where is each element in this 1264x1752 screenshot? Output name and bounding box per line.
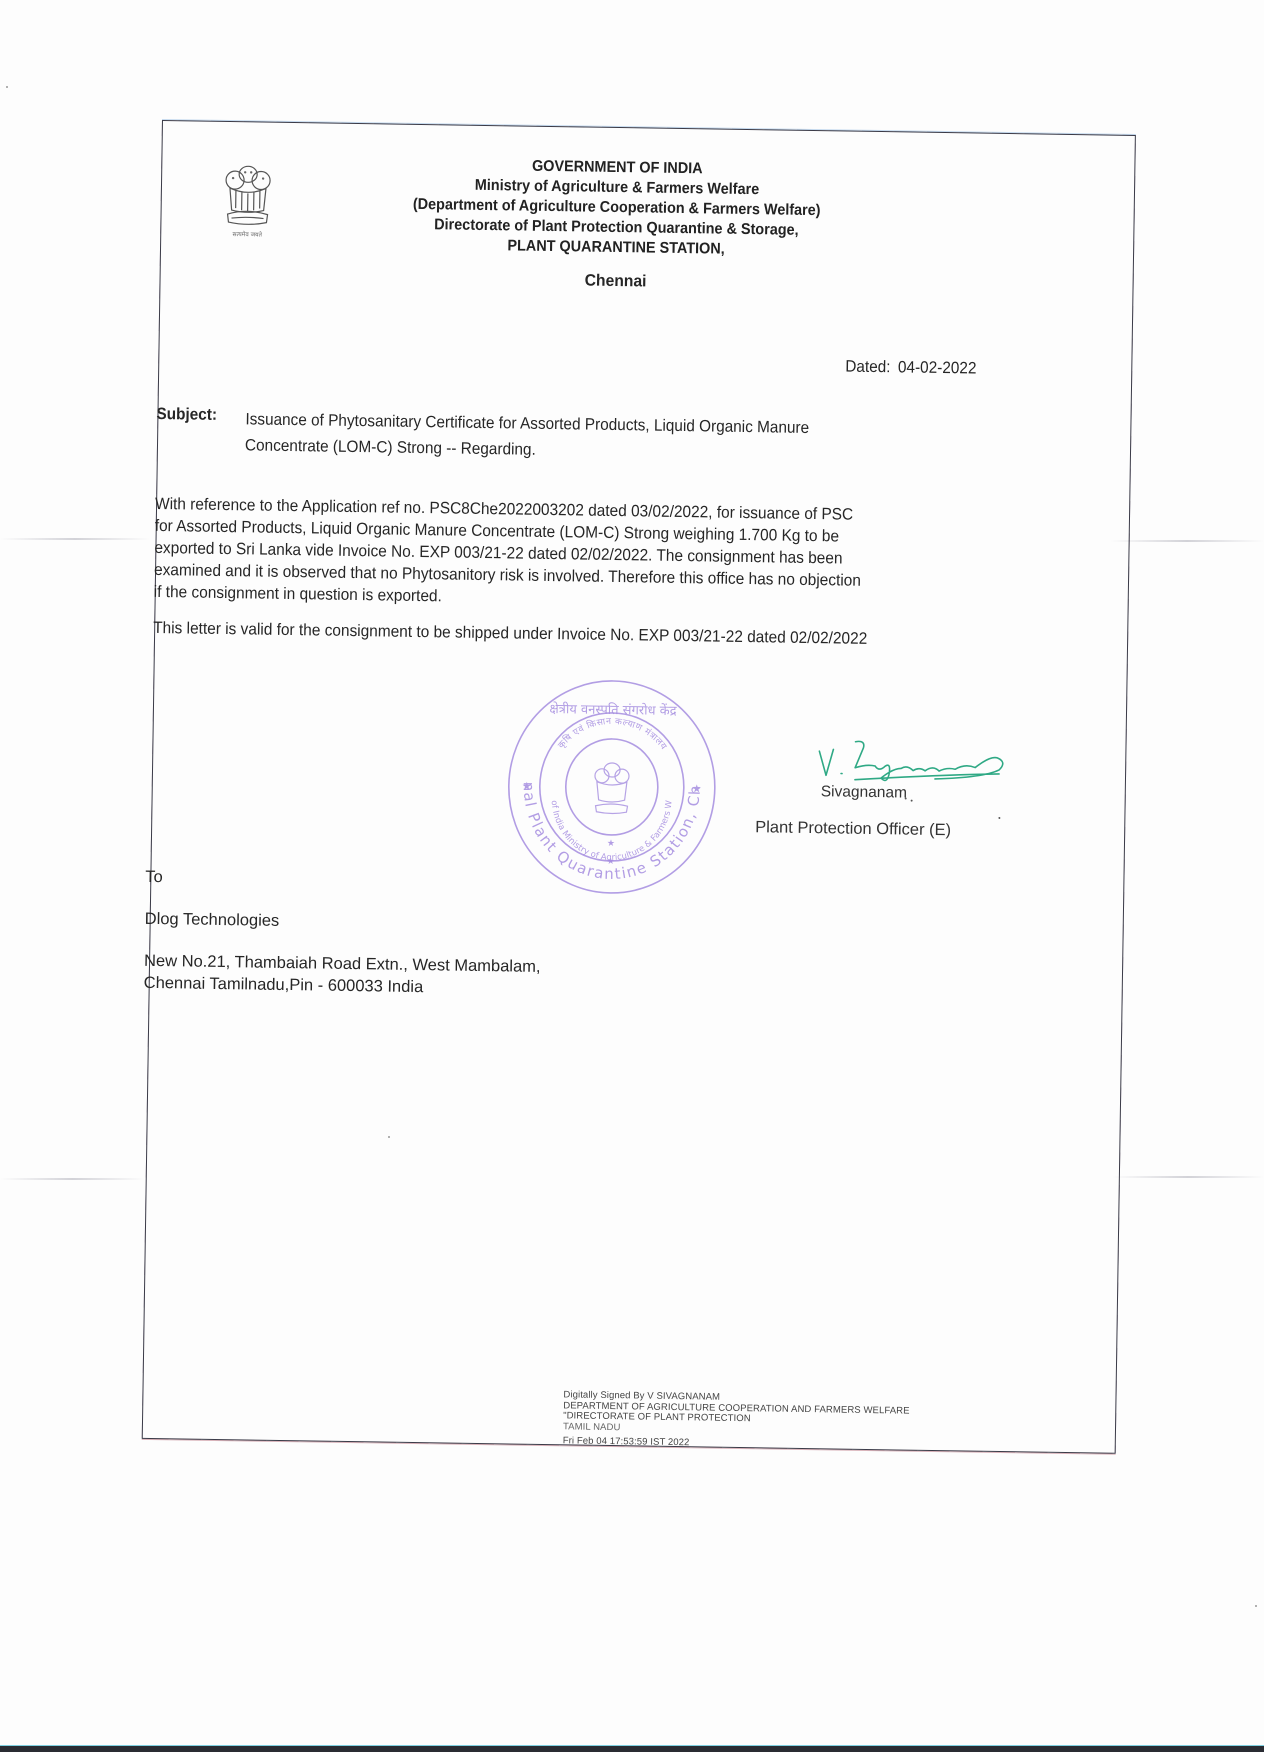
scan-speck [6,86,8,88]
scan-speck [1255,1605,1257,1607]
letter-frame: सत्यमेव जयते GOVERNMENT OF INDIA Ministr… [142,120,1136,1454]
letter-date: Dated:04-02-2022 [845,358,976,379]
letterhead: GOVERNMENT OF INDIA Ministry of Agricult… [161,151,1072,265]
letterhead-city: Chennai [183,265,1048,297]
recipient-name: Dlog Technologies [145,910,280,931]
signatory-title: Plant Protection Officer (E) [755,818,951,840]
ink-dot [998,817,1000,819]
ink-dot [911,800,913,802]
signatory-name: Sivagnanam [821,783,907,802]
svg-text:कृषि एवं किसान कल्याण मंत्रालय: कृषि एवं किसान कल्याण मंत्रालय [556,716,669,752]
date-value: 04-02-2022 [898,358,977,377]
svg-text:★: ★ [522,780,532,793]
svg-text:★: ★ [607,839,615,849]
body-paragraph: With reference to the Application ref no… [154,493,863,614]
to-label: To [145,868,163,887]
scan-bottom-edge [0,1745,1264,1752]
scan-artifact-line [1112,1176,1264,1178]
svg-text:★: ★ [607,857,615,867]
ink-dot [905,797,907,799]
subject-label: Subject: [156,405,217,425]
scan-artifact-line [0,538,150,540]
svg-text:क्षेत्रीय वनस्पति संगरोध केंद्: क्षेत्रीय वनस्पति संगरोध केंद्र [549,701,677,719]
digital-signature-timestamp: Fri Feb 04 17:53:59 IST 2022 [563,1436,909,1452]
scan-artifact-line [1110,540,1264,542]
subject-text: Issuance of Phytosanitary Certificate fo… [245,406,810,467]
svg-text:★: ★ [692,782,702,795]
handwritten-signature [815,737,1016,790]
digital-signature-block: Digitally Signed By V SIVAGNANAM DEPARTM… [563,1390,910,1452]
scan-artifact-line [0,1178,145,1180]
validity-statement: This letter is valid for the consignment… [153,619,867,649]
official-seal-stamp: Regional Plant Quarantine Station, Chenn… [504,676,719,897]
date-label: Dated: [845,358,890,377]
recipient-address: New No.21, Thambaiah Road Extn., West Ma… [144,950,541,1000]
